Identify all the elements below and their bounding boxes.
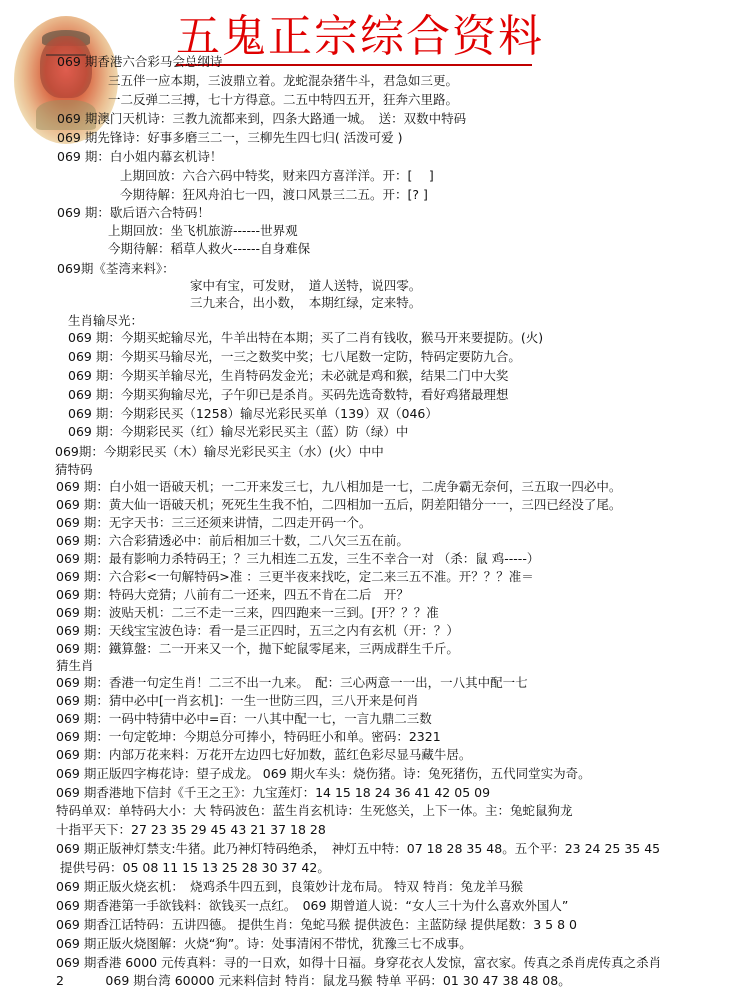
text-line: 三五伴一应本期，三波鼎立着。龙蛇混杂猪牛斗，君急如三更。 <box>108 73 458 89</box>
text-line: 069 期香江话特码：五讲四德。 提供生肖：兔蛇马猴 提供波色：主蓝防绿 提供尾… <box>56 917 577 933</box>
text-line: 猜特码 <box>55 462 93 478</box>
text-line: 069 期：今期买蛇输尽光，牛羊出特在本期；买了二肖有钱收，猴马开来要提防。(火… <box>68 330 543 346</box>
text-line: 069 期：黄大仙一语破天机；死死生生我不怕，二四相加一五后，阴差阳错分一一，三… <box>56 497 621 513</box>
text-line: 2 069 期台湾 60000 元来料信封 特肖：鼠龙马猴 特单 平码：01 3… <box>56 973 571 987</box>
text-line: 069 期：今期彩民买（1258）输尽光彩民买单（139）双（046） <box>68 406 438 422</box>
text-line: 069 期：一句定乾坤：今期总分可捧小，特码旺小和单。密码：2321 <box>56 729 441 745</box>
text-line: 069 期：歇后语六合特码！ <box>57 205 210 221</box>
text-line: 069 期：白小姐一语破天机；一二开来发三七，九八相加是一七，二虎争霸无奈何，三… <box>56 479 621 495</box>
text-line: 提供号码：05 08 11 15 13 25 28 30 37 42。 <box>60 860 330 876</box>
text-line: 069 期：内部万花来料：万花开左边四七好加数，蓝红色彩尽显马藏牛居。 <box>56 747 471 763</box>
text-line: 069 期：一码中特猜中必中=百：一八其中配一七，一言九鼎二三数 <box>56 711 432 727</box>
text-line: 069 期正版火烧图解：火烧“狗”。诗：处事清闲不带忧，犹豫三七不成事。 <box>56 936 472 952</box>
text-line: 069 期：六合彩猜透必中：前后相加三十数，二八欠三五在前。 <box>56 533 409 549</box>
text-line: 069 期：最有影响力杀特码王；？三九相连二五发，三生不幸合一对 （杀：鼠 鸡-… <box>56 551 539 567</box>
text-line: 069 期：香港一句定生肖！二三不出一九来。 配：三心两意一一出，一八其中配一七 <box>56 675 528 691</box>
text-line: 069 期：猜中必中[一肖玄机]：一生一世防三四，三八开来是何肖 <box>56 693 419 709</box>
text-line: 069期：今期彩民买（木）输尽光彩民买主（水）(火）中中 <box>55 444 384 460</box>
text-line: 069 期：今期买狗输尽光，子午卯已是杀肖。买码先选奇数特，看好鸡猪最理想 <box>68 387 508 403</box>
text-line: 069期《荃湾来料》： <box>57 261 175 277</box>
text-line: 上期回放：六合六码中特奖，财来四方喜洋洋。开：[ ] <box>120 168 434 184</box>
text-line: 猜生肖 <box>56 658 94 674</box>
text-line: 069 期香港六合彩马会总纲诗 <box>57 54 222 70</box>
text-line: 069 期：天线宝宝波色诗：看一是三正四时，五三之内有玄机（开：？） <box>56 623 459 639</box>
text-line: 069 期：今期彩民买（红）输尽光彩民买主（蓝）防（绿）中 <box>68 424 408 440</box>
text-line: 今期待解：狂风舟泊七一四，渡口风景三二五。开：[? ] <box>120 187 428 203</box>
text-line: 069 期：今期买羊输尽光，生肖特码发金光；未必就是鸡和猴，结果二门中大奖 <box>68 368 508 384</box>
text-line: 069 期：波贴天机：二三不走一三来，四四跑来一三到。[开？？？准 <box>56 605 439 621</box>
text-line: 069 期：鐵算盤：二一开来又一个，抛下蛇鼠零尾来，三两成群生千斤。 <box>56 641 459 657</box>
text-line: 069 期香港地下信封《千王之王》：九宝莲灯：14 15 18 24 36 41… <box>56 785 490 801</box>
text-line: 069 期正版四字梅花诗：望子成龙。 069 期火车头：烧伤猪。诗：兔死猪伤，五… <box>56 766 591 782</box>
text-line: 069 期：无字天书：三三还须来讲情，二四走开码一个。 <box>56 515 371 531</box>
text-line: 三九来合，出小数， 本期红绿，定来特。 <box>190 295 421 311</box>
text-line: 069 期香港 6000 元传真料：寻的一日欢，如得十日福。身穿花衣人发惊，富衣… <box>56 955 661 971</box>
text-line: 069 期正版神灯禁支:牛猪。此乃神灯特码绝杀， 神灯五中特：07 18 28 … <box>56 841 660 857</box>
text-line: 069 期香港第一手欲钱料：欲钱买一点红。 069 期曾道人说：“女人三十为什么… <box>56 898 568 914</box>
text-line: 069 期：白小姐内幕玄机诗！ <box>57 149 222 165</box>
text-line: 一二反弹二三搏，七十方得意。二五中特四五开，狂奔六里路。 <box>108 92 458 108</box>
text-line: 069 期正版火烧玄机： 烧鸡杀牛四五到，良策妙计龙布局。 特双 特肖：兔龙羊马… <box>56 879 523 895</box>
text-line: 家中有宝，可发财， 道人送特，说四零。 <box>190 278 421 294</box>
text-line: 069 期：六合彩<一句解特码>准 ：三更半夜来找吃，定二来三五不准。开？？？准… <box>56 569 534 585</box>
text-line: 069 期澳门天机诗：三教九流都来到，四条大路通一城。 送：双数中特码 <box>57 111 466 127</box>
page-title: 五鬼正宗综合资料 <box>176 12 532 66</box>
text-line: 生肖输尽光： <box>68 313 143 329</box>
text-line: 069 期先锋诗：好事多磨三二一，三柳先生四七归( 活泼可爱 ) <box>57 130 403 146</box>
text-line: 069 期：特码大竞猜；八前有二一还来，四五不肯在二后 开？ <box>56 587 409 603</box>
text-line: 十指平天下：27 23 35 29 45 43 21 37 18 28 <box>56 822 326 838</box>
text-line: 特码单双：单特码大小：大 特码波色：蓝生肖玄机诗：生死悠关，上下一体。主：兔蛇鼠… <box>56 803 572 819</box>
text-line: 上期回放：坐飞机旅游------世界观 <box>108 223 298 239</box>
text-line: 069 期：今期买马输尽光，一三之数奖中奖；七八尾数一定防，特码定要防九合。 <box>68 349 521 365</box>
text-line: 今期待解：稻草人救火------自身难保 <box>108 241 310 257</box>
